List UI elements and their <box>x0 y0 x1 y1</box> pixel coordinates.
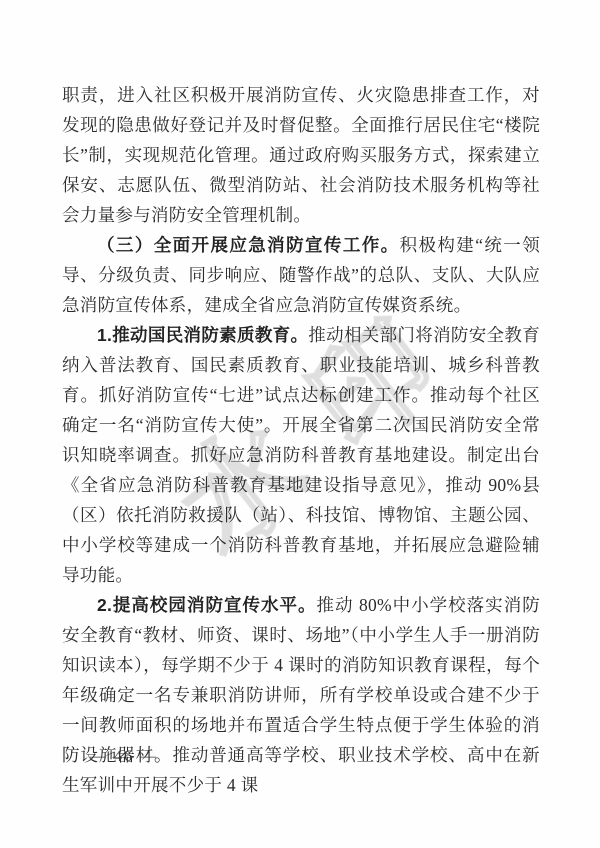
paragraph-text: 职责，进入社区积极开展消防宣传、火灾隐患排查工作，对发现的隐患做好登记并及时督促… <box>62 85 540 225</box>
paragraph-continuation: 职责，进入社区积极开展消防宣传、火灾隐患排查工作，对发现的隐患做好登记并及时督促… <box>62 80 540 230</box>
document-page: 水印 职责，进入社区积极开展消防宣传、火灾隐患排查工作，对发现的隐患做好登记并及… <box>0 0 600 848</box>
paragraph-section-3: （三）全面开展应急消防宣传工作。积极构建“统一领导、分级负责、同步响应、随警作战… <box>62 230 540 320</box>
paragraph-item-1: 1.推动国民消防素质教育。推动相关部门将消防安全教育纳入普法教育、国民素质教育、… <box>62 320 540 590</box>
paragraph-text: 推动相关部门将消防安全教育纳入普法教育、国民素质教育、职业技能培训、城乡科普教育… <box>62 325 540 585</box>
section-heading: （三）全面开展应急消防宣传工作。 <box>97 235 400 255</box>
document-body: 职责，进入社区积极开展消防宣传、火灾隐患排查工作，对发现的隐患做好登记并及时督促… <box>62 80 540 800</box>
item-heading: 2.提高校园消防宣传水平。 <box>97 595 317 615</box>
page-number: — 46 — <box>90 748 158 766</box>
paragraph-item-2: 2.提高校园消防宣传水平。推动 80%中小学校落实消防安全教育“教材、师资、课时… <box>62 590 540 800</box>
item-heading: 1.推动国民消防素质教育。 <box>97 325 308 345</box>
